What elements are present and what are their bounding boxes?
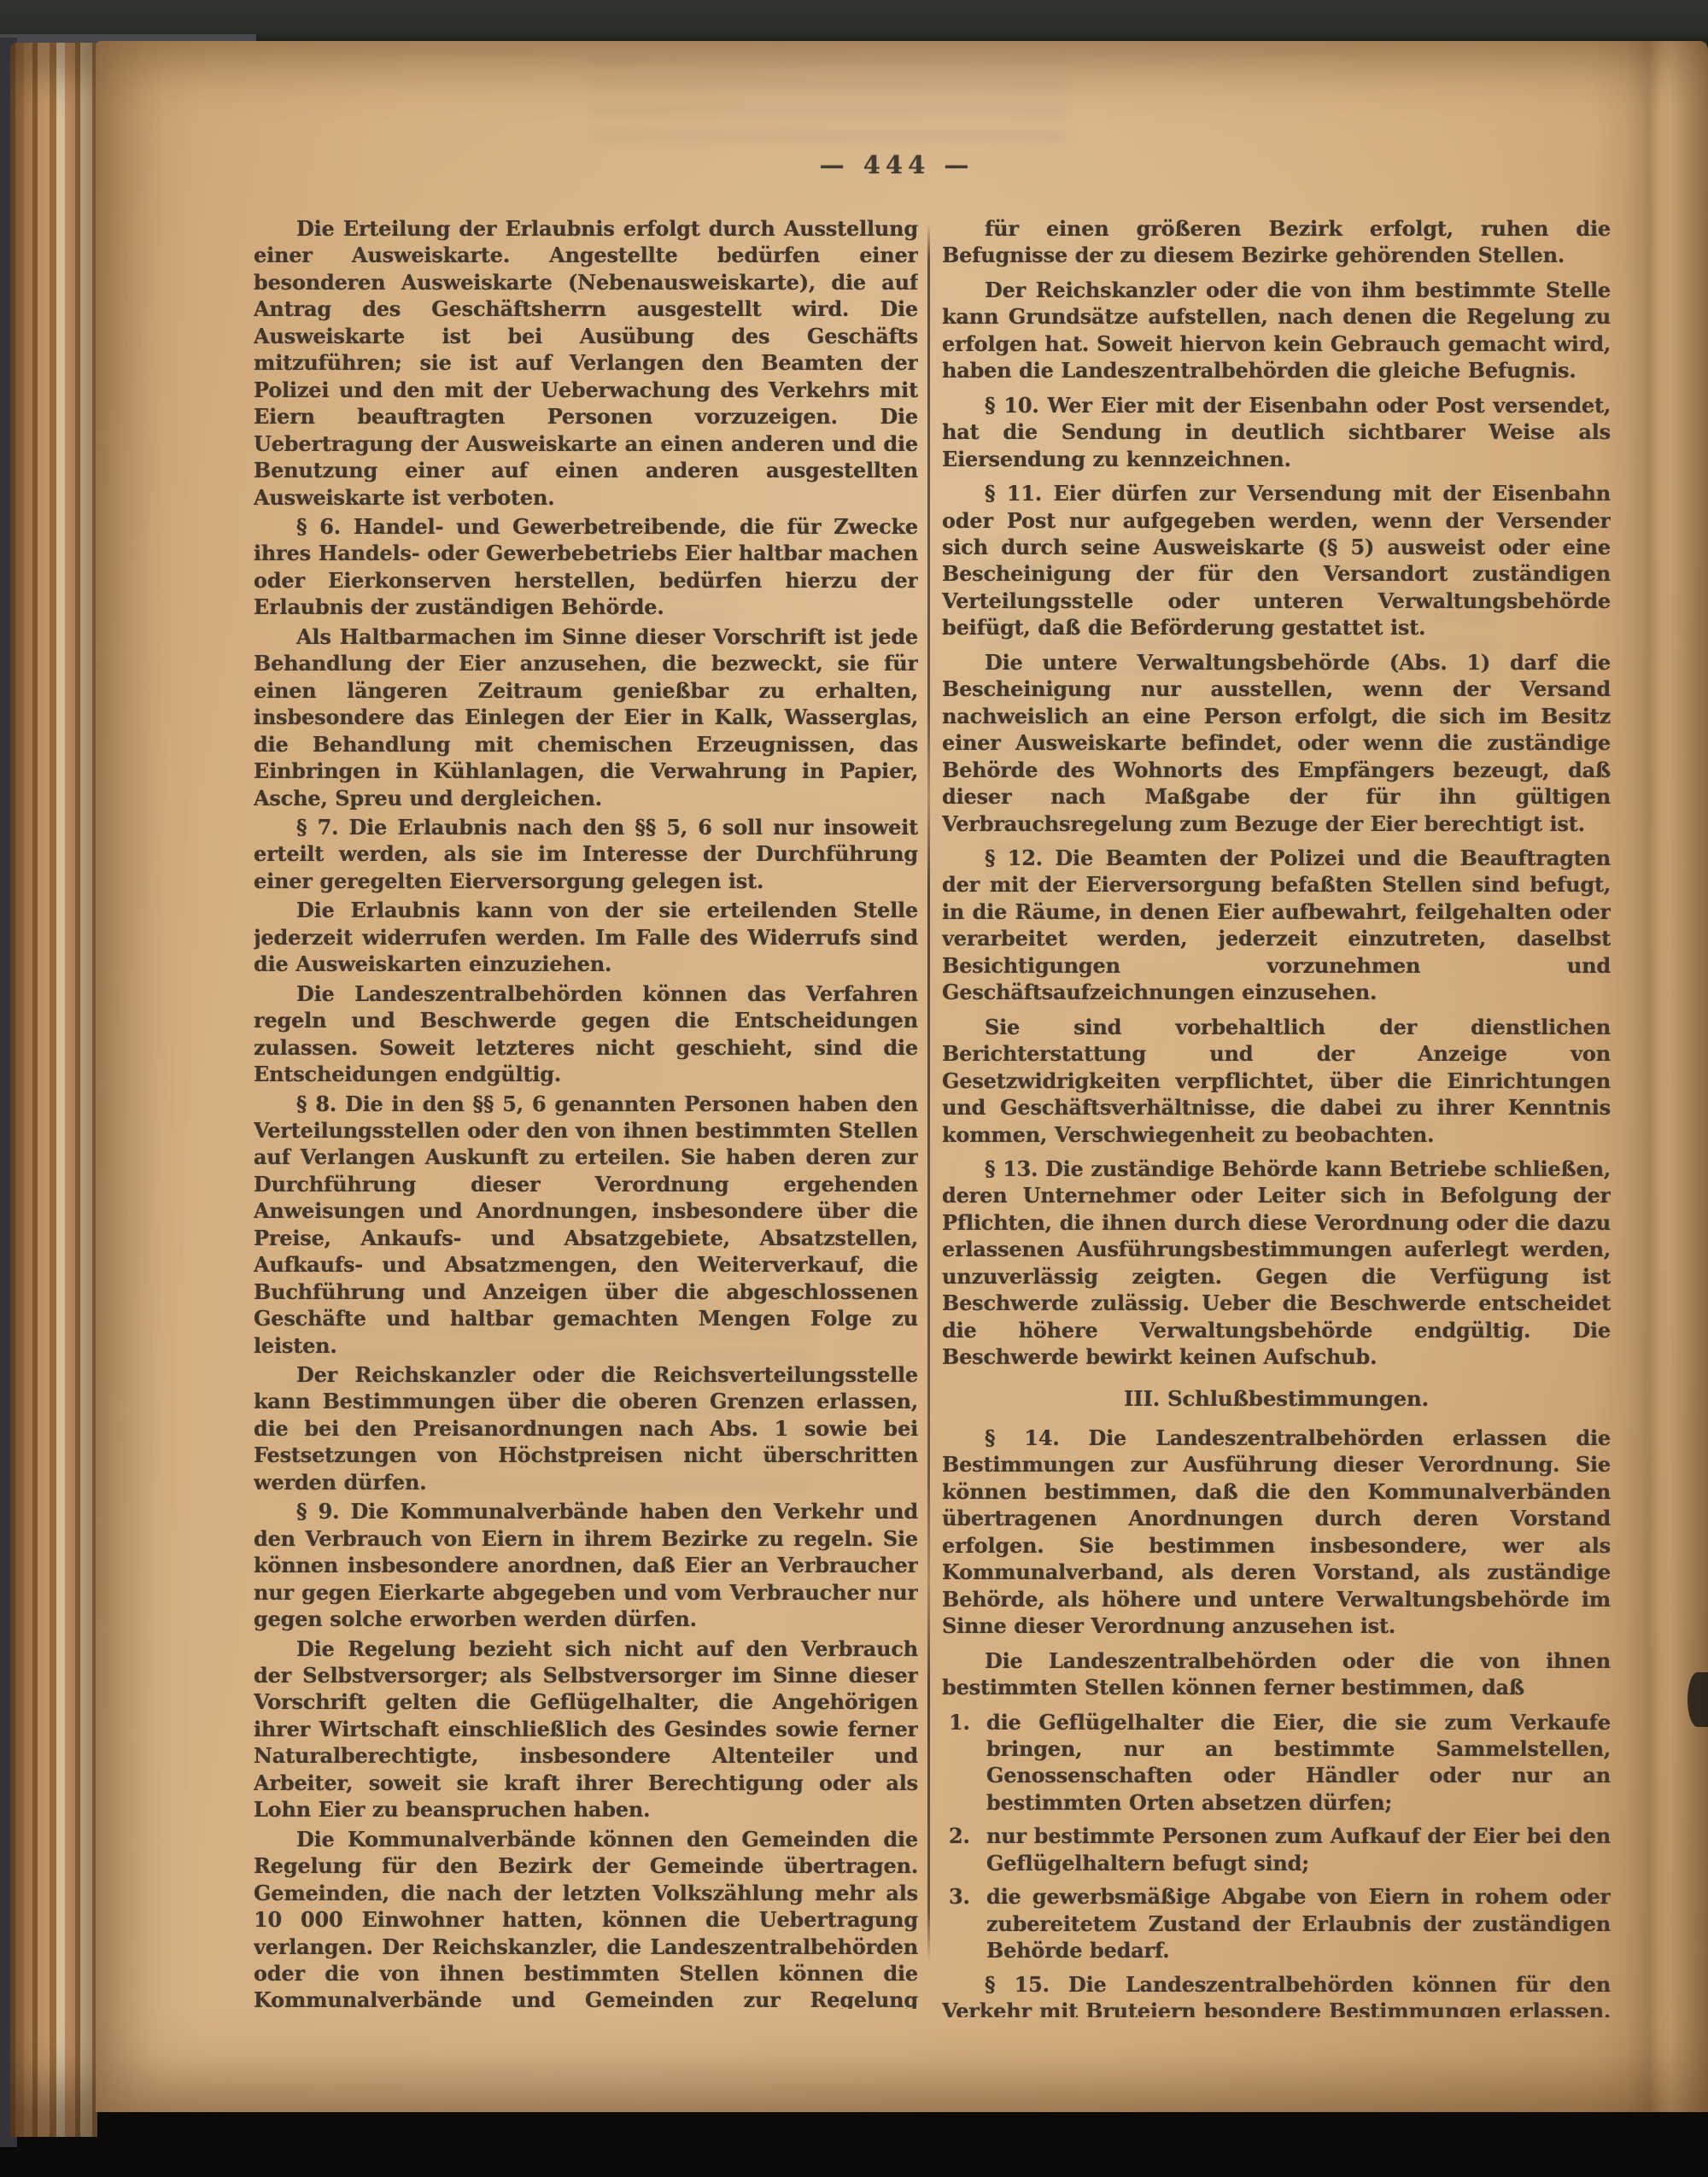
paragraph: § 10. Wer Eier mit der Eisenbahn oder Po… [942, 392, 1611, 472]
page-stack-edges [10, 43, 97, 2137]
paragraph: § 13. Die zuständige Behörde kann Betrie… [942, 1156, 1611, 1371]
list-item: 1. die Geflügelhalter die Eier, die sie … [942, 1709, 1611, 1817]
paragraph: Der Reichskanzler oder die Reichsverteil… [254, 1361, 918, 1495]
paragraph: § 15. Die Landeszentralbehörden können f… [942, 1971, 1611, 2017]
paragraph: für einen größeren Bezirk erfolgt, ruhen… [942, 215, 1611, 269]
edge-ink-mark [1688, 1672, 1708, 1727]
paragraph: § 12. Die Beamten der Polizei und die Be… [942, 845, 1611, 1006]
paragraph: § 14. Die Landeszentralbehörden erlassen… [942, 1425, 1611, 1640]
paragraph: Die Regelung bezieht sich nicht auf den … [254, 1636, 918, 1823]
list-item-text: die gewerbsmäßige Abgabe von Eiern in ro… [986, 1884, 1611, 1963]
text-column-right: für einen größeren Bezirk erfolgt, ruhen… [942, 215, 1611, 2017]
list-item-number: 2. [949, 1823, 970, 1849]
paragraph: Die Landeszentralbehörden oder die von i… [942, 1647, 1611, 1701]
paragraph: § 9. Die Kommunalverbände haben den Verk… [254, 1498, 918, 1632]
list-item-number: 1. [949, 1709, 970, 1735]
paragraph: § 11. Eier dürfen zur Versendung mit der… [942, 480, 1611, 641]
paragraph: Die Erteilung der Erlaubnis erfolgt durc… [254, 215, 918, 511]
list-item: 2. nur bestimmte Personen zum Aufkauf de… [942, 1823, 1611, 1876]
book-cover-top-edge [0, 0, 1708, 44]
list-item: 3. die gewerbsmäßige Abgabe von Eiern in… [942, 1883, 1611, 1963]
paragraph: Die untere Verwaltungsbehörde (Abs. 1) d… [942, 649, 1611, 837]
list-item-text: nur bestimmte Personen zum Aufkauf der E… [986, 1823, 1611, 1875]
text-column-left: Die Erteilung der Erlaubnis erfolgt durc… [254, 215, 918, 2009]
paragraph: Die Erlaubnis kann von der sie erteilend… [254, 897, 918, 977]
paragraph: § 8. Die in den §§ 5, 6 genannten Person… [254, 1091, 918, 1360]
paragraph: Als Haltbarmachen im Sinne dieser Vorsch… [254, 623, 918, 811]
list-item-number: 3. [949, 1883, 970, 1910]
list-item-text: die Geflügelhalter die Eier, die sie zum… [986, 1710, 1611, 1815]
book-scan-scene: — 444 — Die Erteilung der Erlaubnis erfo… [0, 0, 1708, 2177]
paragraph: Die Kommunalverbände können den Gemeinde… [254, 1826, 918, 2009]
section-heading: III. Schlußbestimmungen. [942, 1385, 1611, 1412]
paragraph: § 7. Die Erlaubnis nach den §§ 5, 6 soll… [254, 814, 918, 894]
paragraph: Der Reichskanzler oder die von ihm besti… [942, 277, 1611, 384]
page-number: — 444 — [181, 150, 1612, 179]
paragraph: § 6. Handel- und Gewerbetreibende, die f… [254, 513, 918, 621]
paragraph: Sie sind vorbehaltlich der dienstlichen … [942, 1014, 1611, 1148]
paragraph: Die Landeszentralbehörden können das Ver… [254, 980, 918, 1088]
column-divider-rule [927, 224, 930, 1963]
